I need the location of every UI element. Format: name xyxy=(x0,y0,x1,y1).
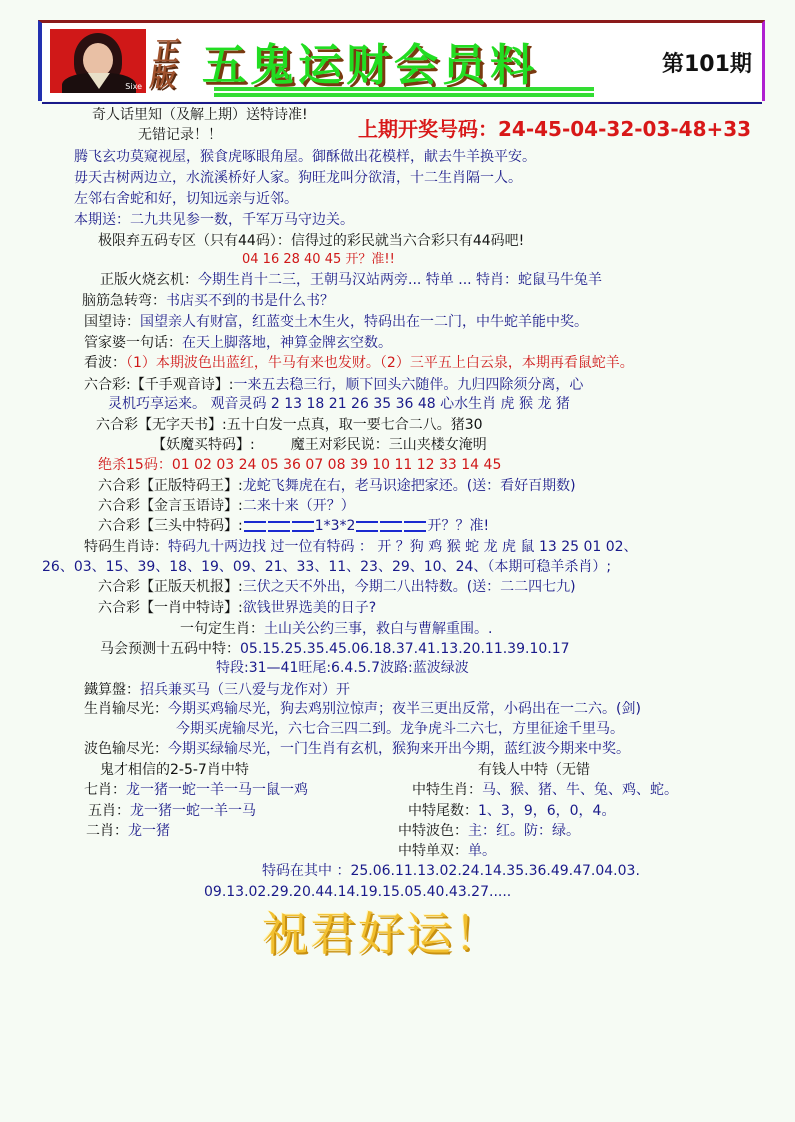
title-underline-2 xyxy=(214,93,594,97)
bose-lose-line: 波色输尽光：今期买绿输尽光，一门生肖有玄机，猴狗来开出今期，蓝红波今期来中奖。 xyxy=(84,740,630,758)
santou-line: 六合彩【三头中特码】:1*3*2开？？准! xyxy=(98,517,489,535)
blessing-text: 祝君好运！ xyxy=(262,898,502,964)
page-title: 五鬼运财会员料 xyxy=(202,29,538,93)
tianji-line: 六合彩【正版天机报】:三伏之天不外出，今期二八出特数。(送：二二四七九) xyxy=(98,578,576,596)
guowang-poem: 国望诗：国望亲人有财富，红蓝变土木生火，特码出在一二门，中牛蛇羊能中奖。 xyxy=(84,313,588,331)
shengxiao-lose-line-2: 今期买虎输尽光，六七合三四二到。龙争虎斗二六七，方里征途千里马。 xyxy=(176,720,624,738)
last-draw: 上期开奖号码：24-45-04-32-03-48+33 xyxy=(358,120,751,138)
guicai-row-5: 五肖：龙一猪一蛇一羊一马 xyxy=(88,802,256,820)
wuzi-line: 六合彩【无字天书】:五十白发一点真，取一要七合二八。猪30 xyxy=(96,416,483,434)
kanbo-line: 看波：（1）本期波色出蓝红，牛马有来也发财。（2）三平五上白云泉，本期再看鼠蛇羊… xyxy=(84,354,634,372)
youqian-row-shengxiao: 中特生肖：马、猴、猪、牛、兔、鸡、蛇。 xyxy=(412,781,678,799)
last-draw-numbers: 24-45-04-32-03-48+33 xyxy=(498,117,751,141)
guicai-title: 鬼才相信的2-5-7肖中特 xyxy=(100,761,249,779)
poem-line-2: 毋天古树两边立，水流溪桥好人家。狗旺龙叫分欲清，十二生肖隔一人。 xyxy=(74,169,522,187)
tiesuanpan-line: 鐵算盤：招兵兼买马（三八爱与龙作对）开 xyxy=(84,681,350,699)
tema-wang-line: 六合彩【正版特码王】:龙蛇飞舞虎在右，老马识途把家还。(送：看好百期数) xyxy=(98,477,576,495)
yixiao-line: 六合彩【一肖中特诗】:欲钱世界选美的日子? xyxy=(98,599,376,617)
huoshao-line: 正版火烧玄机：今期生肖十二三，王朝马汉站两旁... 特单 ... 特肖：蛇鼠马牛… xyxy=(100,271,602,289)
shengxiao-lose-line-1: 生肖输尽光：今期买鸡输尽光，狗去鸡别泣惊声；夜半三更出反常，小码出在一二六。(剑… xyxy=(84,700,641,718)
poem-line-3: 左邻右舍蛇和好，切知远亲与近邻。 xyxy=(74,190,298,208)
intro-line-1: 奇人话里知（及解上期）送特诗准! xyxy=(92,106,308,124)
tema-in-line-1: 特码在其中 ：25.06.11.13.02.24.14.35.36.49.47.… xyxy=(262,862,640,880)
juesha-line: 绝杀15码：01 02 03 24 05 36 07 08 39 10 11 1… xyxy=(98,456,501,474)
qianshou-line-1: 六合彩:【千手观音诗】:一来五去稳三行，顺下回头六随伴。九归四除须分离，心 xyxy=(84,376,583,394)
zhengban-badge: 正版 xyxy=(148,39,193,91)
shengxiao-poem-line-2: 26、03、15、39、18、19、09、21、33、11、23、29、10、2… xyxy=(42,558,611,576)
five-zone-numbers: 04 16 28 40 45 开？准!! xyxy=(242,251,395,269)
youqian-row-bose: 中特波色：主：红。防：绿。 xyxy=(398,822,580,840)
poem-line-4: 本期送：二九共见参一数，千军万马守边关。 xyxy=(74,211,354,229)
youqian-row-weishu: 中特尾数：1、3，9，6，0，4。 xyxy=(408,802,615,820)
youqian-row-danshuang: 中特单双：单。 xyxy=(398,842,496,860)
guicai-row-2: 二肖：龙一猪 xyxy=(86,822,170,840)
mahui-line: 马会预测十五码中特：05.15.25.35.45.06.18.37.41.13.… xyxy=(100,640,570,658)
guanjia-line: 管家婆一句话：在天上脚落地，神算金牌玄空数。 xyxy=(84,334,392,352)
jinyan-line: 六合彩【金言玉语诗】:二来十来（开？） xyxy=(98,497,355,515)
poem-line-1: 腾飞玄功莫窥视屋，猴食虎啄眼角屋。御酥做出花模样，献去牛羊换平安。 xyxy=(74,148,536,166)
intro-line-2: 无错记录！！ xyxy=(138,126,222,144)
title-underline xyxy=(214,87,594,91)
portrait-photo: Sixe xyxy=(50,29,146,93)
youqian-title: 有钱人中特（无错 xyxy=(478,761,590,779)
yiju-line: 一句定生肖：土山关公约三事，救白与曹解重围。. xyxy=(180,620,492,638)
shengxiao-poem-line-1: 特码生肖诗：特码九十两边找 过一位有特码 ： 开 ？狗 鸡 猴 蛇 龙 虎 鼠 … xyxy=(84,538,638,556)
qianshou-line-2: 灵机巧享运来。 观音灵码 2 13 18 21 26 35 36 48 心水生肖… xyxy=(108,395,570,413)
header-banner: Sixe 正版 五鬼运财会员料 第101期 xyxy=(38,20,765,101)
yaomo-line: 【妖魔买特码】:魔王对彩民说：三山夹楼女淹明 xyxy=(152,436,487,454)
photo-signature: Sixe xyxy=(125,82,142,91)
brain-teaser: 脑筋急转弯：书店买不到的书是什么书？ xyxy=(82,292,334,310)
five-zone-label: 极限弃五码专区（只有44码）：信得过的彩民就当六合彩只有44码吧! xyxy=(98,232,524,250)
guicai-row-7: 七肖：龙一猪一蛇一羊一马一鼠一鸡 xyxy=(84,781,308,799)
last-draw-label: 上期开奖号码： xyxy=(358,117,498,141)
issue-number: 第101期 xyxy=(662,47,752,78)
teduan-line: 特段:31—41旺尾:6.4.5.7波路:蓝波绿波 xyxy=(216,659,469,677)
